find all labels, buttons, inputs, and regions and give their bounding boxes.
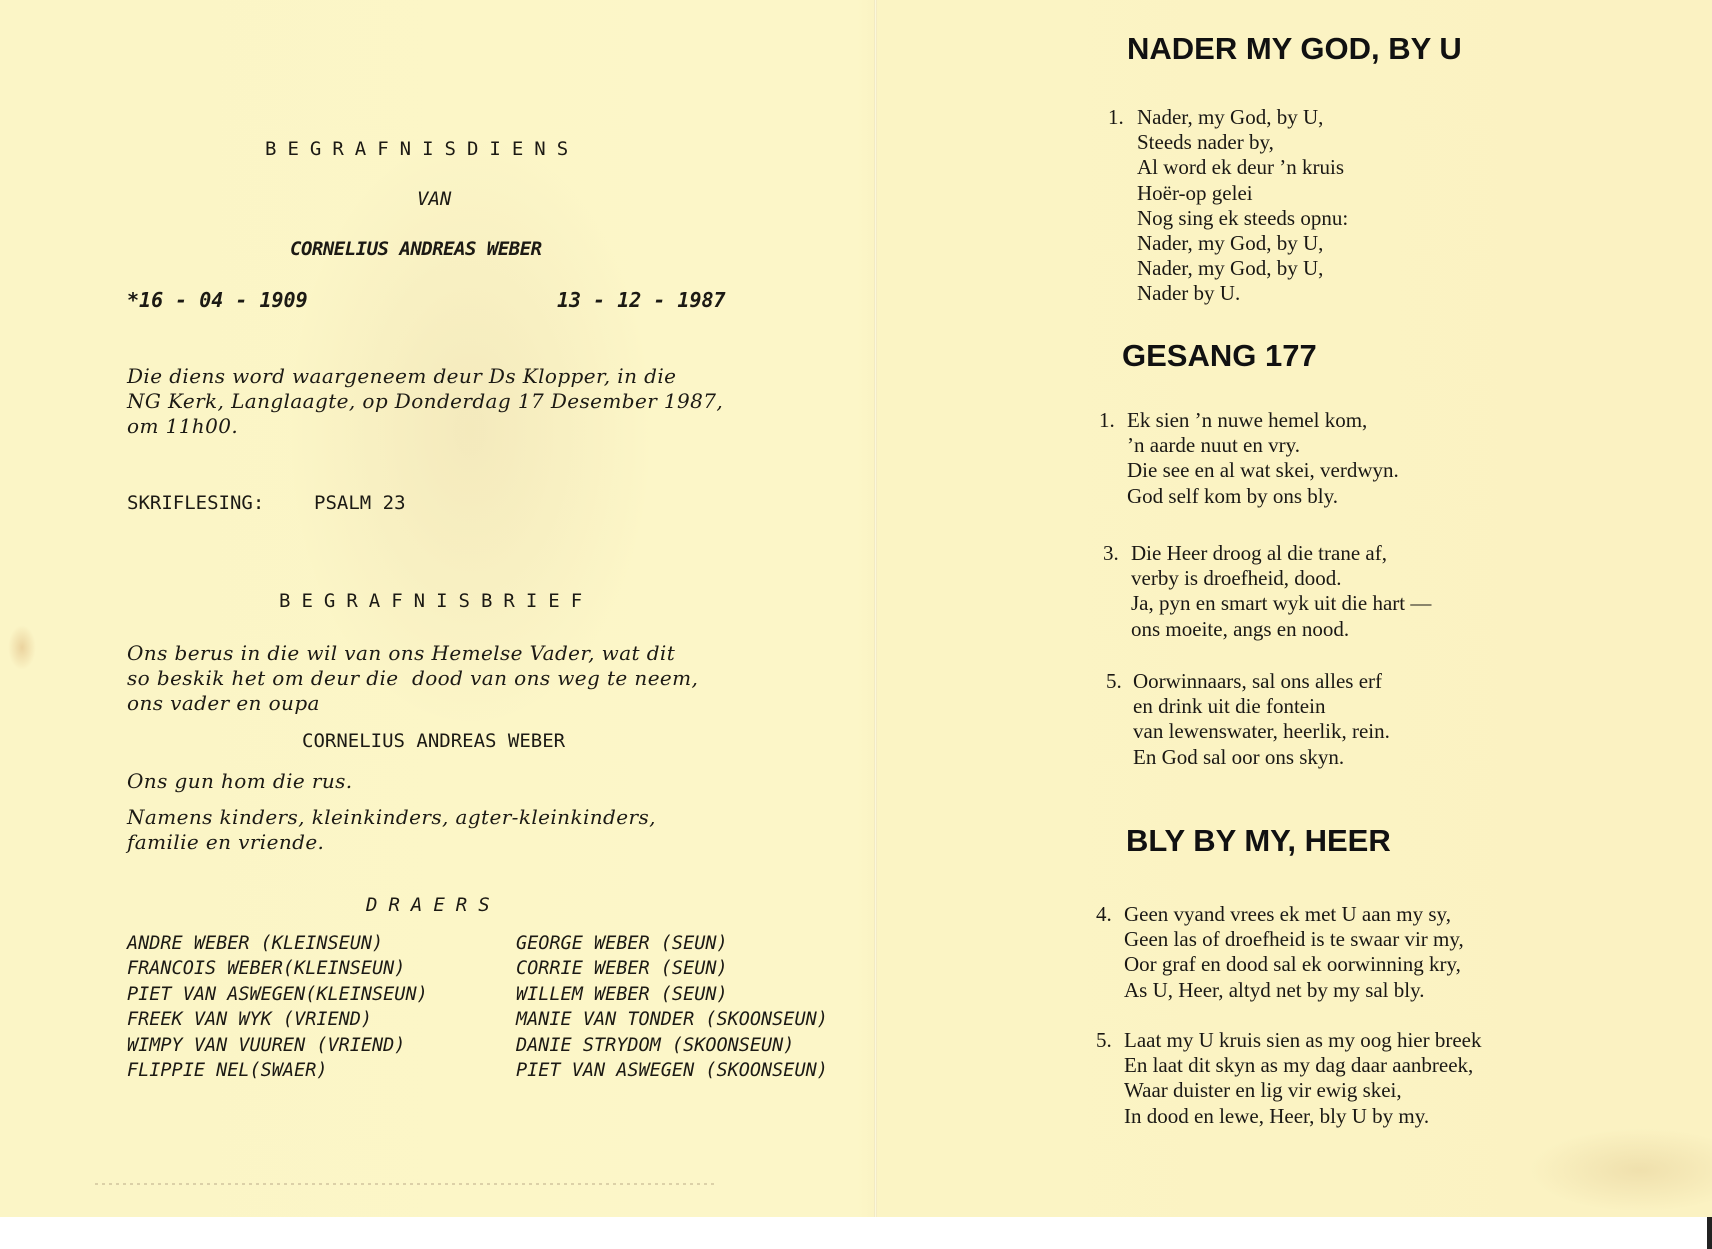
verse-line: Nader, my God, by U, (1137, 258, 1323, 279)
verse-line: Hoër-op gelei (1137, 183, 1253, 204)
verse-number: 1. (1108, 107, 1124, 128)
verse-line: van lewenswater, heerlik, rein. (1133, 721, 1390, 742)
bearer-item: ANDRE WEBER (KLEINSEUN) (127, 935, 383, 954)
scripture-label: SKRIFLESING: (127, 494, 264, 513)
bearer-item: DANIE STRYDOM (SKOONSEUN) (516, 1037, 794, 1056)
verse-line: Geen las of droefheid is te swaar vir my… (1124, 929, 1464, 950)
verse-line: As U, Heer, altyd net by my sal bly. (1124, 980, 1425, 1001)
scan-edge (1707, 1217, 1712, 1249)
service-text-line: om 11h00. (127, 416, 238, 436)
verse-line: Oor graf en dood sal ek oorwinning kry, (1124, 954, 1461, 975)
verse-line: En God sal oor ons skyn. (1133, 747, 1344, 768)
bearer-item: FLIPPIE NEL(SWAER) (127, 1062, 327, 1081)
bearer-item: WIMPY VAN VUUREN (VRIEND) (127, 1037, 405, 1056)
behalf-text-line: familie en vriende. (127, 832, 324, 852)
verse-line: In dood en lewe, Heer, bly U by my. (1124, 1106, 1429, 1127)
verse-number: 5. (1106, 671, 1122, 692)
verse-line: Oorwinnaars, sal ons alles erf (1133, 671, 1382, 692)
hymn-title: BLY BY MY, HEER (1126, 825, 1391, 856)
letter-text-line: so beskik het om deur die dood van ons w… (127, 668, 698, 688)
verse-line: en drink uit die fontein (1133, 696, 1325, 717)
verse-line: Die Heer droog al die trane af, (1131, 543, 1387, 564)
bearer-item: FREEK VAN WYK (VRIEND) (127, 1011, 372, 1030)
faded-dotted-line (95, 1183, 715, 1185)
verse-line: Nog sing ek steeds opnu: (1137, 208, 1348, 229)
scripture-value: PSALM 23 (314, 494, 406, 513)
letter-heading: BEGRAFNISBRIEF (279, 592, 593, 611)
verse-line: Die see en al wat skei, verdwyn. (1127, 460, 1399, 481)
letter-text-line: ons vader en oupa (127, 693, 320, 713)
service-text-line: Die diens word waargeneem deur Ds Kloppe… (127, 366, 676, 386)
verse-line: Waar duister en lig vir ewig skei, (1124, 1080, 1402, 1101)
verse-line: Laat my U kruis sien as my oog hier bree… (1124, 1030, 1482, 1051)
verse-line: ons moeite, angs en nood. (1131, 619, 1349, 640)
verse-line: Geen vyand vrees ek met U aan my sy, (1124, 904, 1451, 925)
verse-line: Nader, my God, by U, (1137, 107, 1323, 128)
bearer-item: FRANCOIS WEBER(KLEINSEUN) (127, 960, 405, 979)
verse-line: God self kom by ons bly. (1127, 486, 1338, 507)
deceased-name: CORNELIUS ANDREAS WEBER (290, 240, 542, 259)
bearer-item: WILLEM WEBER (SEUN) (516, 986, 728, 1005)
death-date: 13 - 12 - 1987 (557, 290, 726, 310)
verse-line: Ek sien ’n nuwe hemel kom, (1127, 410, 1367, 431)
verse-number: 5. (1096, 1030, 1112, 1051)
verse-line: Al word ek deur ’n kruis (1137, 157, 1344, 178)
service-text-line: NG Kerk, Langlaagte, op Donderdag 17 Des… (127, 391, 723, 411)
hymn-title: NADER MY GOD, BY U (1127, 33, 1462, 64)
bearer-item: PIET VAN ASWEGEN(KLEINSEUN) (127, 986, 428, 1005)
page-fold (874, 0, 877, 1217)
verse-line: verby is droefheid, dood. (1131, 568, 1342, 589)
verse-line: Nader, my God, by U, (1137, 233, 1323, 254)
behalf-text-line: Namens kinders, kleinkinders, agter-klei… (127, 807, 656, 827)
bearer-item: GEORGE WEBER (SEUN) (516, 935, 728, 954)
verse-number: 4. (1096, 904, 1112, 925)
verse-line: Steeds nader by, (1137, 132, 1274, 153)
verse-line: Ja, pyn en smart wyk uit die hart — (1131, 593, 1431, 614)
verse-line: Nader by U. (1137, 283, 1240, 304)
letter-name: CORNELIUS ANDREAS WEBER (302, 732, 565, 751)
bearer-item: PIET VAN ASWEGEN (SKOONSEUN) (516, 1062, 828, 1081)
verse-number: 1. (1099, 410, 1115, 431)
verse-line: ’n aarde nuut en vry. (1127, 435, 1300, 456)
verse-number: 3. (1103, 543, 1119, 564)
bearers-heading: DRAERS (366, 896, 501, 915)
van-label: VAN (417, 190, 451, 209)
rest-line: Ons gun hom die rus. (127, 771, 353, 791)
service-heading: BEGRAFNISDIENS (265, 140, 579, 159)
bearer-item: CORRIE WEBER (SEUN) (516, 960, 728, 979)
hymn-title: GESANG 177 (1122, 340, 1317, 371)
bearer-item: MANIE VAN TONDER (SKOONSEUN) (516, 1011, 828, 1030)
paper-stain (8, 625, 36, 670)
letter-text-line: Ons berus in die wil van ons Hemelse Vad… (127, 643, 675, 663)
birth-date: *16 - 04 - 1909 (127, 290, 308, 310)
verse-line: En laat dit skyn as my dag daar aanbreek… (1124, 1055, 1473, 1076)
